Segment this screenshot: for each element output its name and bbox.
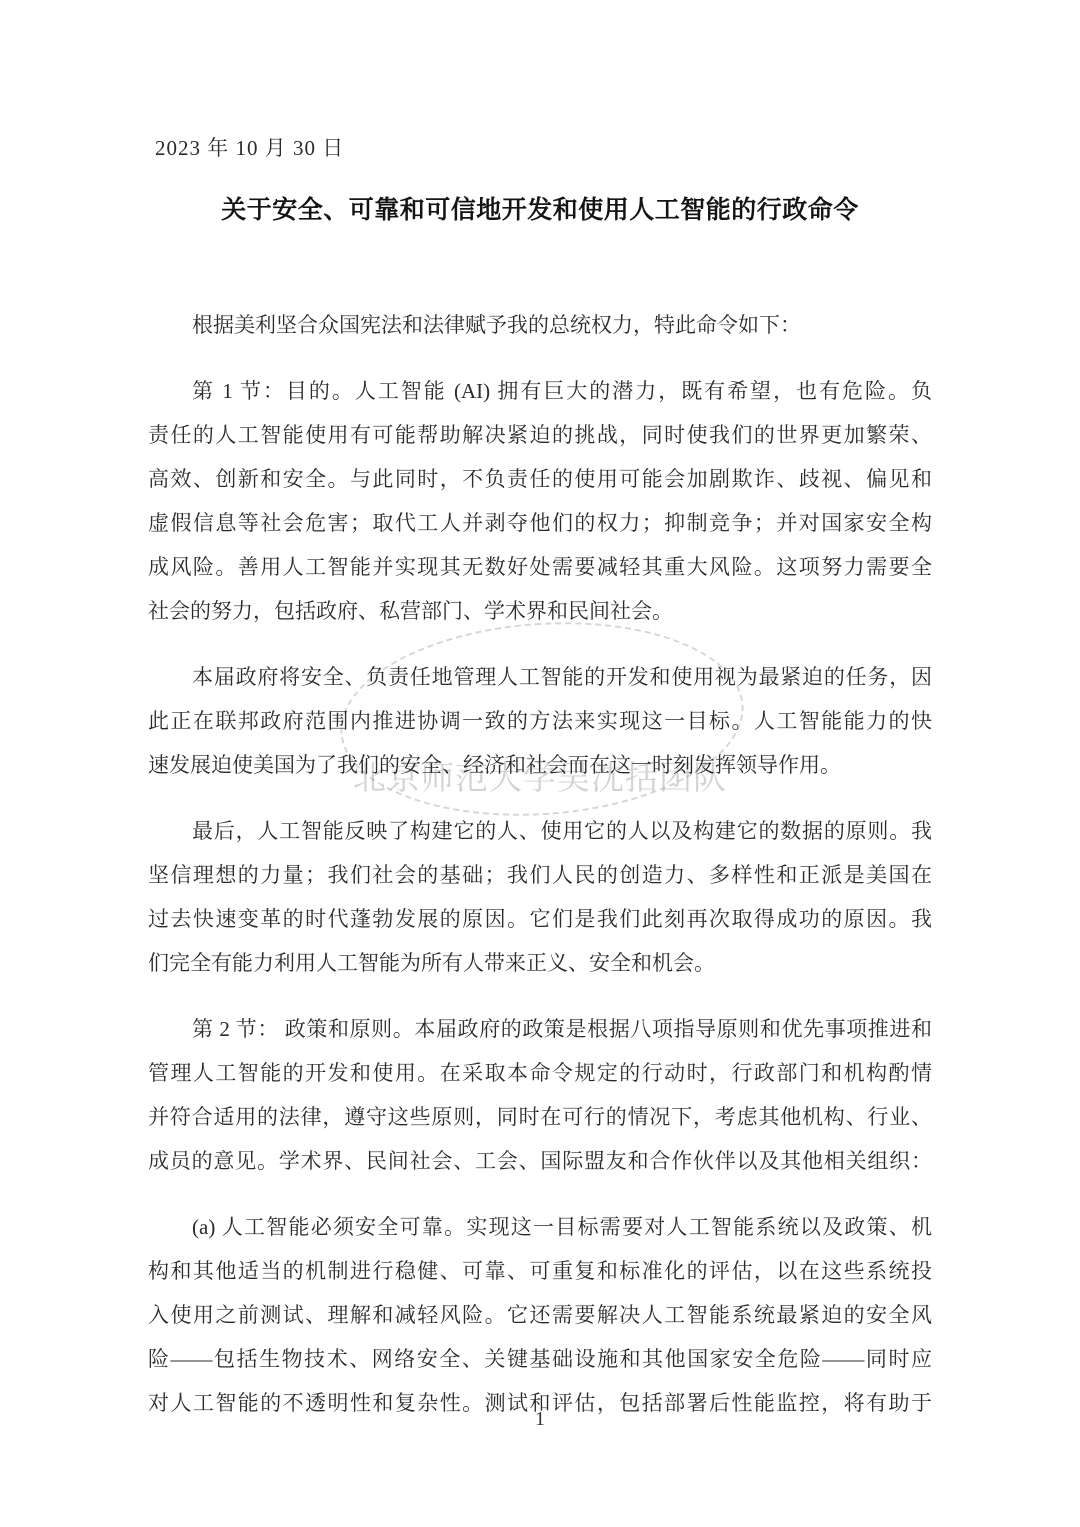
- document-date: 2023 年 10 月 30 日: [155, 132, 344, 162]
- body-line: 第 1 节：目的。人工智能 (AI) 拥有巨大的潜力，既有希望，也有危险。负: [148, 369, 932, 413]
- paragraph: 最后，人工智能反映了构建它的人、使用它的人以及构建它的数据的原则。我坚信理想的力…: [148, 809, 932, 985]
- page-number: 1: [0, 1408, 1080, 1431]
- body-line: 们完全有能力利用人工智能为所有人带来正义、安全和机会。: [148, 941, 932, 985]
- body-line: 速发展迫使美国为了我们的安全、经济和社会而在这一时刻发挥领导作用。: [148, 743, 932, 787]
- paragraph: 根据美利坚合众国宪法和法律赋予我的总统权力，特此命令如下：: [148, 303, 932, 347]
- body-line: 最后，人工智能反映了构建它的人、使用它的人以及构建它的数据的原则。我: [148, 809, 932, 853]
- body-line: 过去快速变革的时代蓬勃发展的原因。它们是我们此刻再次取得成功的原因。我: [148, 897, 932, 941]
- document-title: 关于安全、可靠和可信地开发和使用人工智能的行政命令: [0, 190, 1080, 226]
- body-line: 此正在联邦政府范围内推进协调一致的方法来实现这一目标。人工智能能力的快: [148, 699, 932, 743]
- body-line: 根据美利坚合众国宪法和法律赋予我的总统权力，特此命令如下：: [148, 303, 932, 347]
- document-page: 北京师范大学吴沈括团队 2023 年 10 月 30 日 关于安全、可靠和可信地…: [0, 0, 1080, 1527]
- body-line: 险——包括生物技术、网络安全、关键基础设施和其他国家安全危险——同时应: [148, 1337, 932, 1381]
- body-line: 坚信理想的力量；我们社会的基础；我们人民的创造力、多样性和正派是美国在: [148, 853, 932, 897]
- paragraph: 本届政府将安全、负责任地管理人工智能的开发和使用视为最紧迫的任务，因此正在联邦政…: [148, 655, 932, 787]
- body-line: 责任的人工智能使用有可能帮助解决紧迫的挑战，同时使我们的世界更加繁荣、: [148, 413, 932, 457]
- body-line: 成员的意见。学术界、民间社会、工会、国际盟友和合作伙伴以及其他相关组织：: [148, 1139, 932, 1183]
- body-line: 构和其他适当的机制进行稳健、可靠、可重复和标准化的评估，以在这些系统投: [148, 1249, 932, 1293]
- body-line: (a) 人工智能必须安全可靠。实现这一目标需要对人工智能系统以及政策、机: [148, 1205, 932, 1249]
- paragraph: 第 1 节：目的。人工智能 (AI) 拥有巨大的潜力，既有希望，也有危险。负责任…: [148, 369, 932, 633]
- body-line: 入使用之前测试、理解和减轻风险。它还需要解决人工智能系统最紧迫的安全风: [148, 1293, 932, 1337]
- body-line: 并符合适用的法律，遵守这些原则，同时在可行的情况下，考虑其他机构、行业、: [148, 1095, 932, 1139]
- body-line: 成风险。善用人工智能并实现其无数好处需要减轻其重大风险。这项努力需要全: [148, 545, 932, 589]
- body-line: 第 2 节： 政策和原则。本届政府的政策是根据八项指导原则和优先事项推进和: [148, 1007, 932, 1051]
- body-line: 本届政府将安全、负责任地管理人工智能的开发和使用视为最紧迫的任务，因: [148, 655, 932, 699]
- body-line: 管理人工智能的开发和使用。在采取本命令规定的行动时，行政部门和机构酌情: [148, 1051, 932, 1095]
- paragraph: (a) 人工智能必须安全可靠。实现这一目标需要对人工智能系统以及政策、机构和其他…: [148, 1205, 932, 1425]
- document-body: 根据美利坚合众国宪法和法律赋予我的总统权力，特此命令如下：第 1 节：目的。人工…: [148, 303, 932, 1447]
- body-line: 高效、创新和安全。与此同时，不负责任的使用可能会加剧欺诈、歧视、偏见和: [148, 457, 932, 501]
- body-line: 虚假信息等社会危害；取代工人并剥夺他们的权力；抑制竞争；并对国家安全构: [148, 501, 932, 545]
- body-line: 社会的努力，包括政府、私营部门、学术界和民间社会。: [148, 589, 932, 633]
- paragraph: 第 2 节： 政策和原则。本届政府的政策是根据八项指导原则和优先事项推进和管理人…: [148, 1007, 932, 1183]
